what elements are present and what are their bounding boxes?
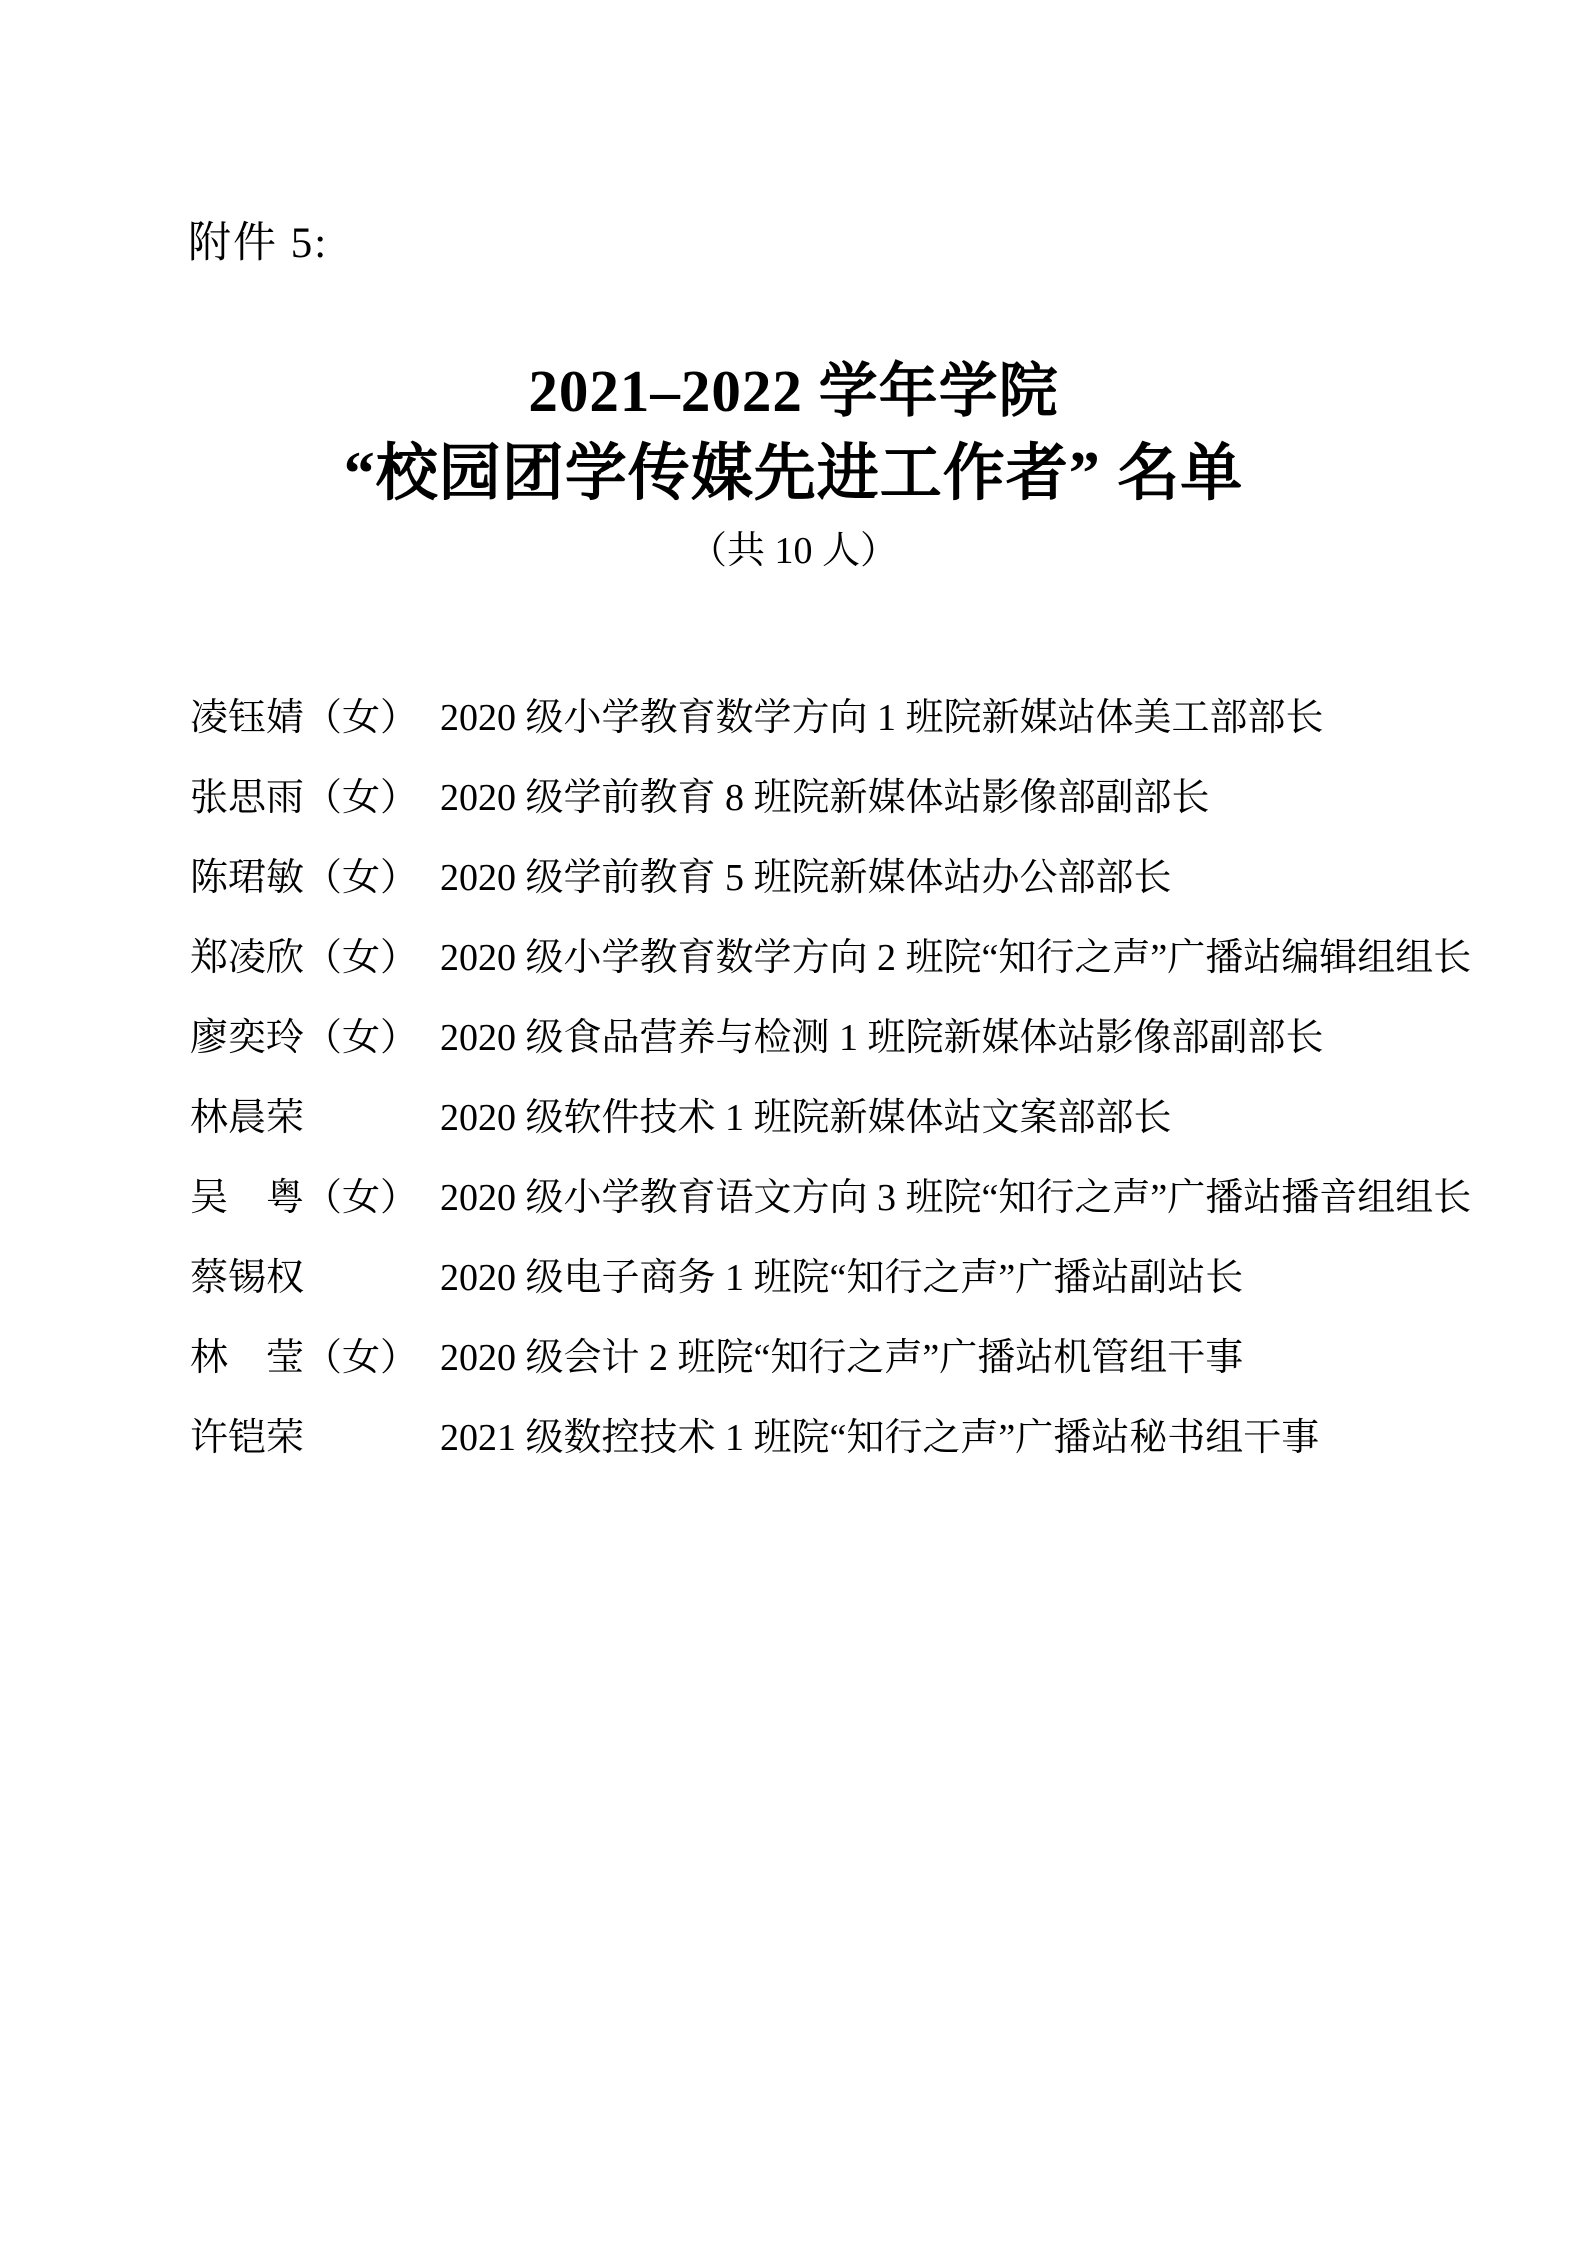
awardee-description: 2020 级会计 2 班院“知行之声”广播站机管组干事 (440, 1337, 1243, 1379)
subtitle-count: （共 10 人） (0, 526, 1587, 576)
awardee-name: 林 莹（女） (190, 1318, 440, 1398)
page-title-line-1: 2021–2022 学年学院 (0, 350, 1587, 432)
awardee-name: 廖奕玲（女） (190, 998, 440, 1078)
awardee-list: 凌钰婧（女）2020 级小学教育数学方向 1 班院新媒站体美工部部长 张思雨（女… (190, 678, 1507, 1478)
awardee-name: 陈珺敏（女） (190, 838, 440, 918)
list-item: 蔡锡权2020 级电子商务 1 班院“知行之声”广播站副站长 (190, 1238, 1507, 1318)
list-item: 吴 粤（女）2020 级小学教育语文方向 3 班院“知行之声”广播站播音组组长 (190, 1158, 1507, 1238)
awardee-description: 2020 级学前教育 5 班院新媒体站办公部部长 (440, 857, 1172, 899)
list-item: 凌钰婧（女）2020 级小学教育数学方向 1 班院新媒站体美工部部长 (190, 678, 1507, 758)
list-item: 陈珺敏（女）2020 级学前教育 5 班院新媒体站办公部部长 (190, 838, 1507, 918)
attachment-label: 附件 5: (188, 216, 328, 272)
awardee-name: 许铠荣 (190, 1398, 440, 1478)
awardee-description: 2021 级数控技术 1 班院“知行之声”广播站秘书组干事 (440, 1417, 1319, 1459)
awardee-description: 2020 级小学教育数学方向 2 班院“知行之声”广播站编辑组组长 (440, 937, 1471, 979)
awardee-name: 林晨荣 (190, 1078, 440, 1158)
awardee-name: 吴 粤（女） (190, 1158, 440, 1238)
awardee-description: 2020 级电子商务 1 班院“知行之声”广播站副站长 (440, 1257, 1243, 1299)
page-title-line-2: “校园团学传媒先进工作者” 名单 (0, 432, 1587, 516)
awardee-description: 2020 级食品营养与检测 1 班院新媒体站影像部副部长 (440, 1017, 1324, 1059)
document-page: 附件 5: 2021–2022 学年学院 “校园团学传媒先进工作者” 名单 （共… (0, 0, 1587, 2245)
list-item: 郑凌欣（女）2020 级小学教育数学方向 2 班院“知行之声”广播站编辑组组长 (190, 918, 1507, 998)
awardee-name: 张思雨（女） (190, 758, 440, 838)
title-block: 2021–2022 学年学院 “校园团学传媒先进工作者” 名单 (0, 350, 1587, 516)
awardee-name: 蔡锡权 (190, 1238, 440, 1318)
list-item: 张思雨（女）2020 级学前教育 8 班院新媒体站影像部副部长 (190, 758, 1507, 838)
list-item: 廖奕玲（女）2020 级食品营养与检测 1 班院新媒体站影像部副部长 (190, 998, 1507, 1078)
awardee-description: 2020 级小学教育数学方向 1 班院新媒站体美工部部长 (440, 697, 1324, 739)
awardee-name: 凌钰婧（女） (190, 678, 440, 758)
list-item: 许铠荣2021 级数控技术 1 班院“知行之声”广播站秘书组干事 (190, 1398, 1507, 1478)
list-item: 林 莹（女）2020 级会计 2 班院“知行之声”广播站机管组干事 (190, 1318, 1507, 1398)
awardee-description: 2020 级软件技术 1 班院新媒体站文案部部长 (440, 1097, 1172, 1139)
awardee-description: 2020 级小学教育语文方向 3 班院“知行之声”广播站播音组组长 (440, 1177, 1471, 1219)
list-item: 林晨荣2020 级软件技术 1 班院新媒体站文案部部长 (190, 1078, 1507, 1158)
awardee-description: 2020 级学前教育 8 班院新媒体站影像部副部长 (440, 777, 1210, 819)
awardee-name: 郑凌欣（女） (190, 918, 440, 998)
